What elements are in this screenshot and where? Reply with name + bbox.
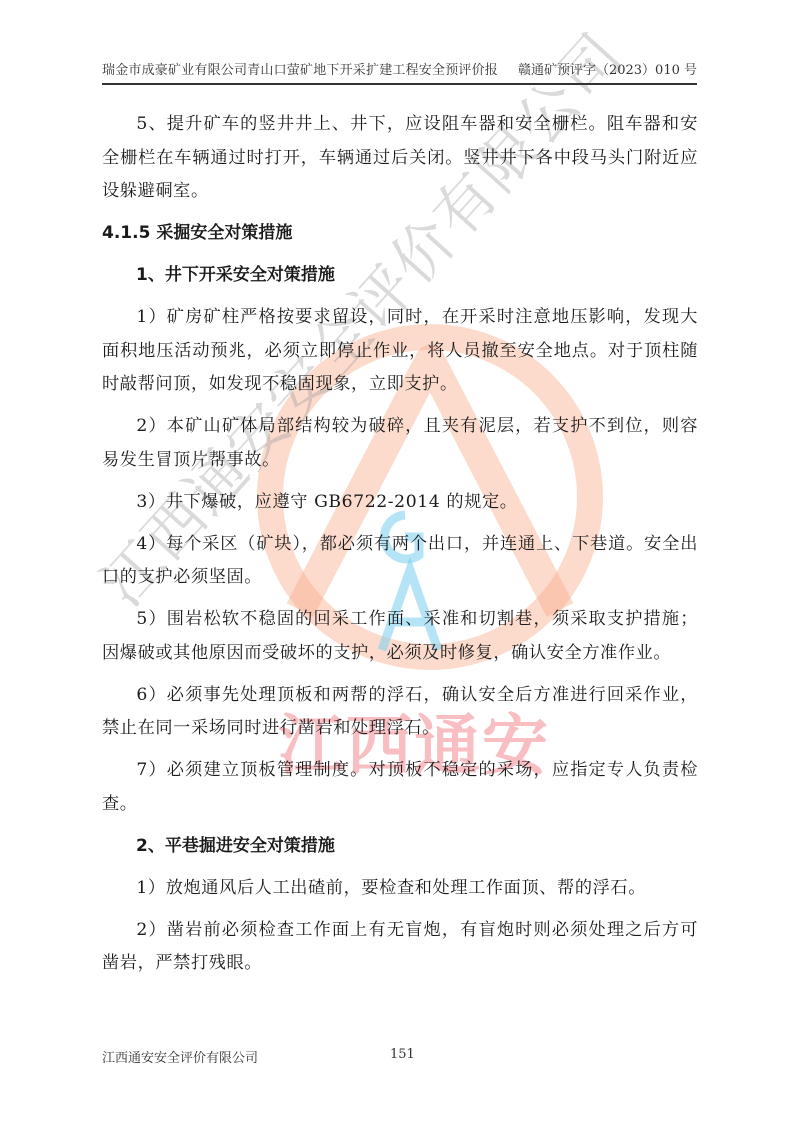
list-item: 6）必须事先处理顶板和两帮的浮石，确认安全后方准进行回采作业，禁止在同一采场同时… xyxy=(102,679,698,746)
list-item: 2）本矿山矿体局部结构较为破碎，且夹有泥层，若支护不到位，则容易发生冒顶片帮事故… xyxy=(102,410,698,477)
list-item: 5）围岩松软不稳固的回采工作面、采准和切割巷，须采取支护措施；因爆破或其他原因而… xyxy=(102,603,698,670)
list-item: 4）每个采区（矿块），都必须有两个出口，并连通上、下巷道。安全出口的支护必须坚固… xyxy=(102,528,698,595)
paragraph-intro-5: 5、提升矿车的竖井井上、井下，应设阻车器和安全栅栏。阻车器和安全栅栏在车辆通过时… xyxy=(102,108,698,209)
header-report-title: 瑞金市成豪矿业有限公司青山口萤矿地下开采扩建工程安全预评价报 xyxy=(102,59,498,78)
page-body: 5、提升矿车的竖井井上、井下，应设阻车器和安全栅栏。阻车器和安全栅栏在车辆通过时… xyxy=(102,108,698,989)
list-item: 7）必须建立顶板管理制度。对顶板不稳定的采场，应指定专人负责检查。 xyxy=(102,754,698,821)
subsection-heading-1: 1、井下开采安全对策措施 xyxy=(102,259,698,293)
page-header: 瑞金市成豪矿业有限公司青山口萤矿地下开采扩建工程安全预评价报 赣通矿预评字（20… xyxy=(102,57,697,85)
subsection-heading-2: 2、平巷掘进安全对策措施 xyxy=(102,830,698,864)
document-page: 江西通安安全评价有限公司 江西通安 瑞金市成豪矿业有限公司青山口萤矿地下开采扩建… xyxy=(0,0,800,1131)
list-item: 1）矿房矿柱严格按要求留设，同时，在开采时注意地压影响，发现大面积地压活动预兆，… xyxy=(102,301,698,402)
list-item: 3）井下爆破，应遵守 GB6722-2014 的规定。 xyxy=(102,486,698,520)
section-heading: 4.1.5 采掘安全对策措施 xyxy=(102,217,698,251)
header-document-number: 赣通矿预评字（2023）010 号 xyxy=(518,59,697,78)
list-item: 2）凿岩前必须检查工作面上有无盲炮，有盲炮时则必须处理之后方可凿岩，严禁打残眼。 xyxy=(102,914,698,981)
list-item: 1）放炮通风后人工出碴前，要检查和处理工作面顶、帮的浮石。 xyxy=(102,872,698,906)
page-number: 151 xyxy=(390,1047,415,1062)
footer-company-name: 江西通安安全评价有限公司 xyxy=(102,1047,258,1066)
